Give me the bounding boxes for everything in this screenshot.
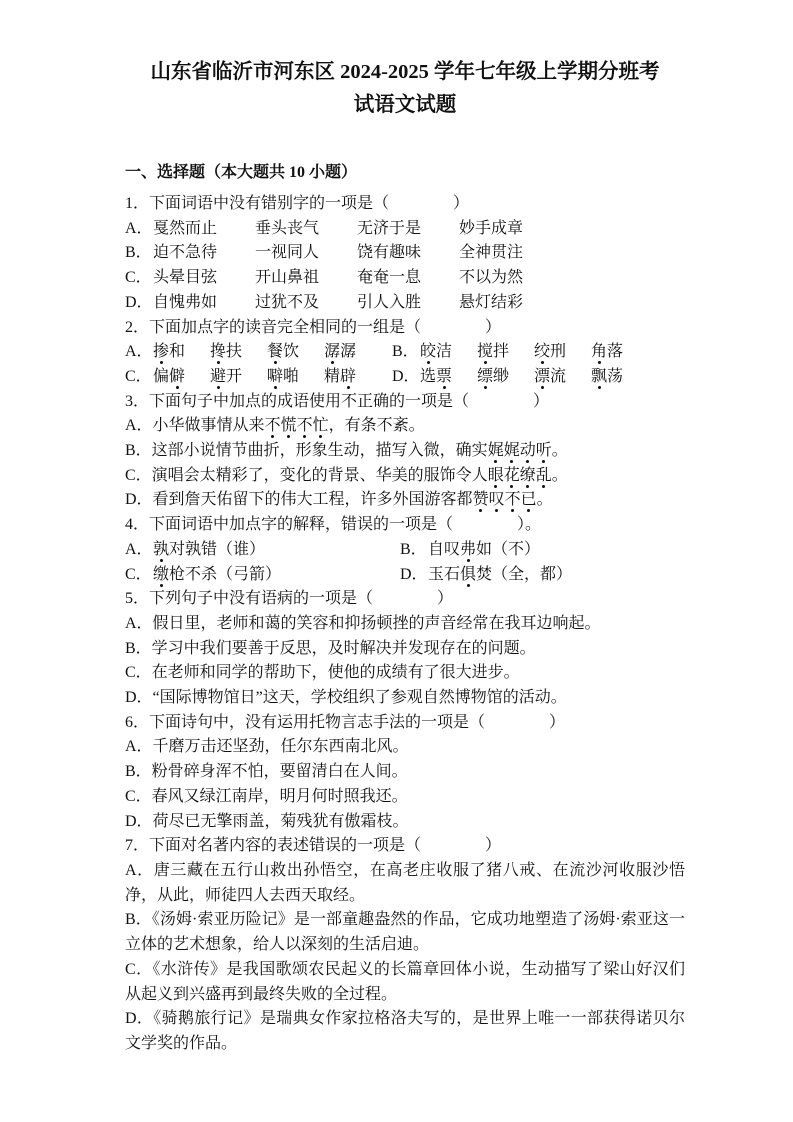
option-word: 饶有趣味 (357, 241, 459, 266)
question-stem: 2．下面加点字的读音完全相同的一组是（ ） (125, 316, 685, 341)
option-label: B． (125, 241, 153, 266)
emphasized-char: 叹 (489, 491, 505, 508)
question-stem: 3．下面句子中加点的成语使用不正确的一项是（ ） (125, 390, 685, 415)
emphasized-char: 不 (505, 491, 521, 508)
emphasized-char: 动 (520, 442, 536, 459)
option-B: B．自叹弗如（不） (400, 538, 540, 563)
option-row: A．掺和搀扶餐饮潺潺B．皎洁搅拌绞刑角落 (125, 340, 685, 365)
option-word: 偏僻 (153, 365, 210, 390)
option-word: 选票 (420, 365, 477, 390)
option-word: 自愧弗如 (153, 291, 255, 316)
emphasized-char: 角 (591, 343, 607, 360)
document-page: 山东省临沂市河东区 2024-2025 学年七年级上学期分班考试语文试题 一、选… (0, 0, 793, 1122)
option-D: D．看到詹天佑留下的伟大工程，许多外国游客都赞叹不已。 (125, 488, 685, 513)
option-C: C．头晕目弦开山鼻祖奄奄一息不以为然 (125, 266, 685, 291)
option-word: 缥缈 (477, 365, 534, 390)
option-word: 餐饮 (267, 340, 324, 365)
emphasized-char: 娓 (504, 442, 520, 459)
option-word: 开山鼻祖 (255, 266, 357, 291)
option-word: 掺和 (153, 340, 210, 365)
option-word: 精辟 (324, 365, 381, 390)
option-word: 绞刑 (534, 340, 591, 365)
option-C: C．演唱会太精彩了，变化的背景、华美的服饰令人眼花缭乱。 (125, 464, 685, 489)
emphasized-char: 不 (265, 417, 281, 434)
emphasized-char: 搀 (210, 343, 226, 360)
question-6: 6．下面诗句中，没有运用托物言志手法的一项是（ ）A．千磨万击还坚劲，任尔东西南… (125, 711, 685, 835)
document-title: 山东省临沂市河东区 2024-2025 学年七年级上学期分班考试语文试题 (125, 56, 685, 122)
section-heading: 一、选择题（本大题共 10 小题） (125, 160, 685, 185)
emphasized-char: 孰 (153, 541, 169, 558)
emphasized-char: 听 (536, 442, 552, 459)
emphasized-char: 缥 (477, 368, 493, 385)
emphasized-char: 乱 (536, 467, 552, 484)
title-line-1: 山东省临沂市河东区 2024-2025 学年七年级上学期分班考 (150, 61, 659, 83)
option-label: A． (125, 538, 153, 563)
emphasized-char: 慌 (281, 417, 297, 434)
option-word: 噼啪 (267, 365, 324, 390)
emphasized-char: 辟 (340, 368, 356, 385)
question-stem: 1．下面词语中没有错别字的一项是（ ） (125, 192, 685, 217)
option-word: 垂头丧气 (255, 217, 357, 242)
option-C: C．《水浒传》是我国歌颂农民起义的长篇章回体小说，生动描写了梁山好汉们从起义到兴… (125, 958, 685, 1007)
option-B: B．粉骨碎身浑不怕，要留清白在人间。 (125, 760, 685, 785)
emphasized-char: 已 (521, 491, 537, 508)
option-C: C．偏僻避开噼啪精辟 (125, 365, 392, 390)
emphasized-char: 搅 (477, 343, 493, 360)
option-B: B．《汤姆·索亚历险记》是一部童趣盎然的作品，它成功地塑造了汤姆·索亚这一立体的… (125, 908, 685, 957)
option-row: C．偏僻避开噼啪精辟D．选票缥缈漂流飘荡 (125, 365, 685, 390)
question-stem: 6．下面诗句中，没有运用托物言志手法的一项是（ ） (125, 711, 685, 736)
emphasized-char: 缴 (153, 566, 169, 583)
option-label: B． (392, 340, 420, 365)
option-word: 全神贯注 (459, 241, 523, 266)
emphasized-char: 缭 (520, 467, 536, 484)
emphasized-char: 赞 (473, 491, 489, 508)
option-word: 潺潺 (324, 340, 381, 365)
option-label: A． (125, 217, 153, 242)
option-A: A．小华做事情从来不慌不忙，有条不紊。 (125, 414, 685, 439)
option-word: 角落 (591, 340, 648, 365)
question-7: 7．下面对名著内容的表述错误的一项是（ ）A．唐三藏在五行山救出孙悟空，在高老庄… (125, 834, 685, 1056)
option-D: D．自愧弗如过犹不及引人入胜悬灯结彩 (125, 291, 685, 316)
option-D: D．《骑鹅旅行记》是瑞典女作家拉格洛夫写的，是世界上唯一一部获得诺贝尔文学奖的作… (125, 1007, 685, 1056)
option-word: 避开 (210, 365, 267, 390)
option-word: 搅拌 (477, 340, 534, 365)
emphasized-char: 餐 (267, 343, 283, 360)
question-stem: 7．下面对名著内容的表述错误的一项是（ ） (125, 834, 685, 859)
question-3: 3．下面句子中加点的成语使用不正确的一项是（ ）A．小华做事情从来不慌不忙，有条… (125, 390, 685, 514)
option-word: 过犹不及 (255, 291, 357, 316)
option-word: 悬灯结彩 (459, 291, 523, 316)
question-2: 2．下面加点字的读音完全相同的一组是（ ）A．掺和搀扶餐饮潺潺B．皎洁搅拌绞刑角… (125, 316, 685, 390)
option-A: A．孰对孰错（谁） (125, 538, 400, 563)
emphasized-char: 潺 (324, 343, 340, 360)
emphasized-char: 避 (210, 368, 226, 385)
option-word: 皎洁 (420, 340, 477, 365)
option-D: D．玉石俱焚（全，都） (400, 563, 572, 588)
emphasized-char: 僻 (169, 368, 185, 385)
question-1: 1．下面词语中没有错别字的一项是（ ）A．戛然而止垂头丧气无济于是妙手成章B．迫… (125, 192, 685, 316)
option-label: C． (125, 563, 153, 588)
question-stem: 4．下面词语中加点字的解释，错误的一项是（ ）。 (125, 513, 685, 538)
option-C: C．缴枪不杀（弓箭） (125, 563, 400, 588)
title-line-2: 试语文试题 (354, 94, 457, 116)
option-label: C． (125, 365, 153, 390)
emphasized-char: 花 (504, 467, 520, 484)
option-word: 头晕目弦 (153, 266, 255, 291)
question-5: 5．下列句子中没有语病的一项是（ ）A．假日里，老师和蔼的笑容和抑扬顿挫的声音经… (125, 587, 685, 711)
option-label: B． (400, 538, 428, 563)
option-row: C．缴枪不杀（弓箭）D．玉石俱焚（全，都） (125, 563, 685, 588)
option-word: 妙手成章 (459, 217, 523, 242)
option-C: C．在老师和同学的帮助下，使他的成绩有了很大进步。 (125, 661, 685, 686)
option-C: C．春风又绿江南岸，明月何时照我还。 (125, 785, 685, 810)
option-D: D．荷尽已无擎雨盖，菊残犹有傲霜枝。 (125, 810, 685, 835)
emphasized-char: 忙 (313, 417, 329, 434)
option-label: C． (125, 266, 153, 291)
option-B: B．迫不急待一视同人饶有趣味全神贯注 (125, 241, 685, 266)
option-D: D．“国际博物馆日”这天，学校组织了参观自然博物馆的活动。 (125, 686, 685, 711)
option-word: 戛然而止 (153, 217, 255, 242)
option-label: D． (400, 563, 428, 588)
emphasized-char: 娓 (488, 442, 504, 459)
emphasized-char: 俱 (460, 566, 476, 583)
emphasized-char: 票 (436, 368, 452, 385)
option-word: 无济于是 (357, 217, 459, 242)
option-word: 奄奄一息 (357, 266, 459, 291)
option-word: 一视同人 (255, 241, 357, 266)
emphasized-char: 噼 (267, 368, 283, 385)
option-word: 漂流 (534, 365, 591, 390)
option-label: D． (392, 365, 420, 390)
option-A: A．唐三藏在五行山救出孙悟空，在高老庄收服了猪八戒、在流沙河收服沙悟净，从此，师… (125, 859, 685, 908)
option-word: 引人入胜 (357, 291, 459, 316)
option-label: D． (125, 291, 153, 316)
emphasized-char: 绞 (534, 343, 550, 360)
option-A: A．假日里，老师和蔼的笑容和抑扬顿挫的声音经常在我耳边响起。 (125, 612, 685, 637)
option-B: B．学习中我们要善于反思，及时解决并发现存在的问题。 (125, 637, 685, 662)
option-word: 飘荡 (591, 365, 648, 390)
option-B: B．皎洁搅拌绞刑角落 (392, 340, 648, 365)
option-B: B．这部小说情节曲折，形象生动，描写入微，确实娓娓动听。 (125, 439, 685, 464)
option-A: A．戛然而止垂头丧气无济于是妙手成章 (125, 217, 685, 242)
option-word: 迫不急待 (153, 241, 255, 266)
page-content: 山东省临沂市河东区 2024-2025 学年七年级上学期分班考试语文试题 一、选… (0, 0, 793, 1057)
emphasized-char: 眼 (488, 467, 504, 484)
question-4: 4．下面词语中加点字的解释，错误的一项是（ ）。A．孰对孰错（谁）B．自叹弗如（… (125, 513, 685, 587)
option-word: 搀扶 (210, 340, 267, 365)
option-A: A．千磨万击还坚劲，任尔东西南北风。 (125, 735, 685, 760)
emphasized-char: 皎 (420, 343, 436, 360)
emphasized-char: 掺 (153, 343, 169, 360)
option-D: D．选票缥缈漂流飘荡 (392, 365, 648, 390)
option-A: A．掺和搀扶餐饮潺潺 (125, 340, 392, 365)
option-label: A． (125, 340, 153, 365)
questions-list: 1．下面词语中没有错别字的一项是（ ）A．戛然而止垂头丧气无济于是妙手成章B．迫… (125, 192, 685, 1057)
emphasized-char: 飘 (591, 368, 607, 385)
option-row: A．孰对孰错（谁）B．自叹弗如（不） (125, 538, 685, 563)
emphasized-char: 不 (297, 417, 313, 434)
emphasized-char: 弗 (460, 541, 476, 558)
question-stem: 5．下列句子中没有语病的一项是（ ） (125, 587, 685, 612)
emphasized-char: 漂 (534, 368, 550, 385)
option-word: 不以为然 (459, 266, 523, 291)
